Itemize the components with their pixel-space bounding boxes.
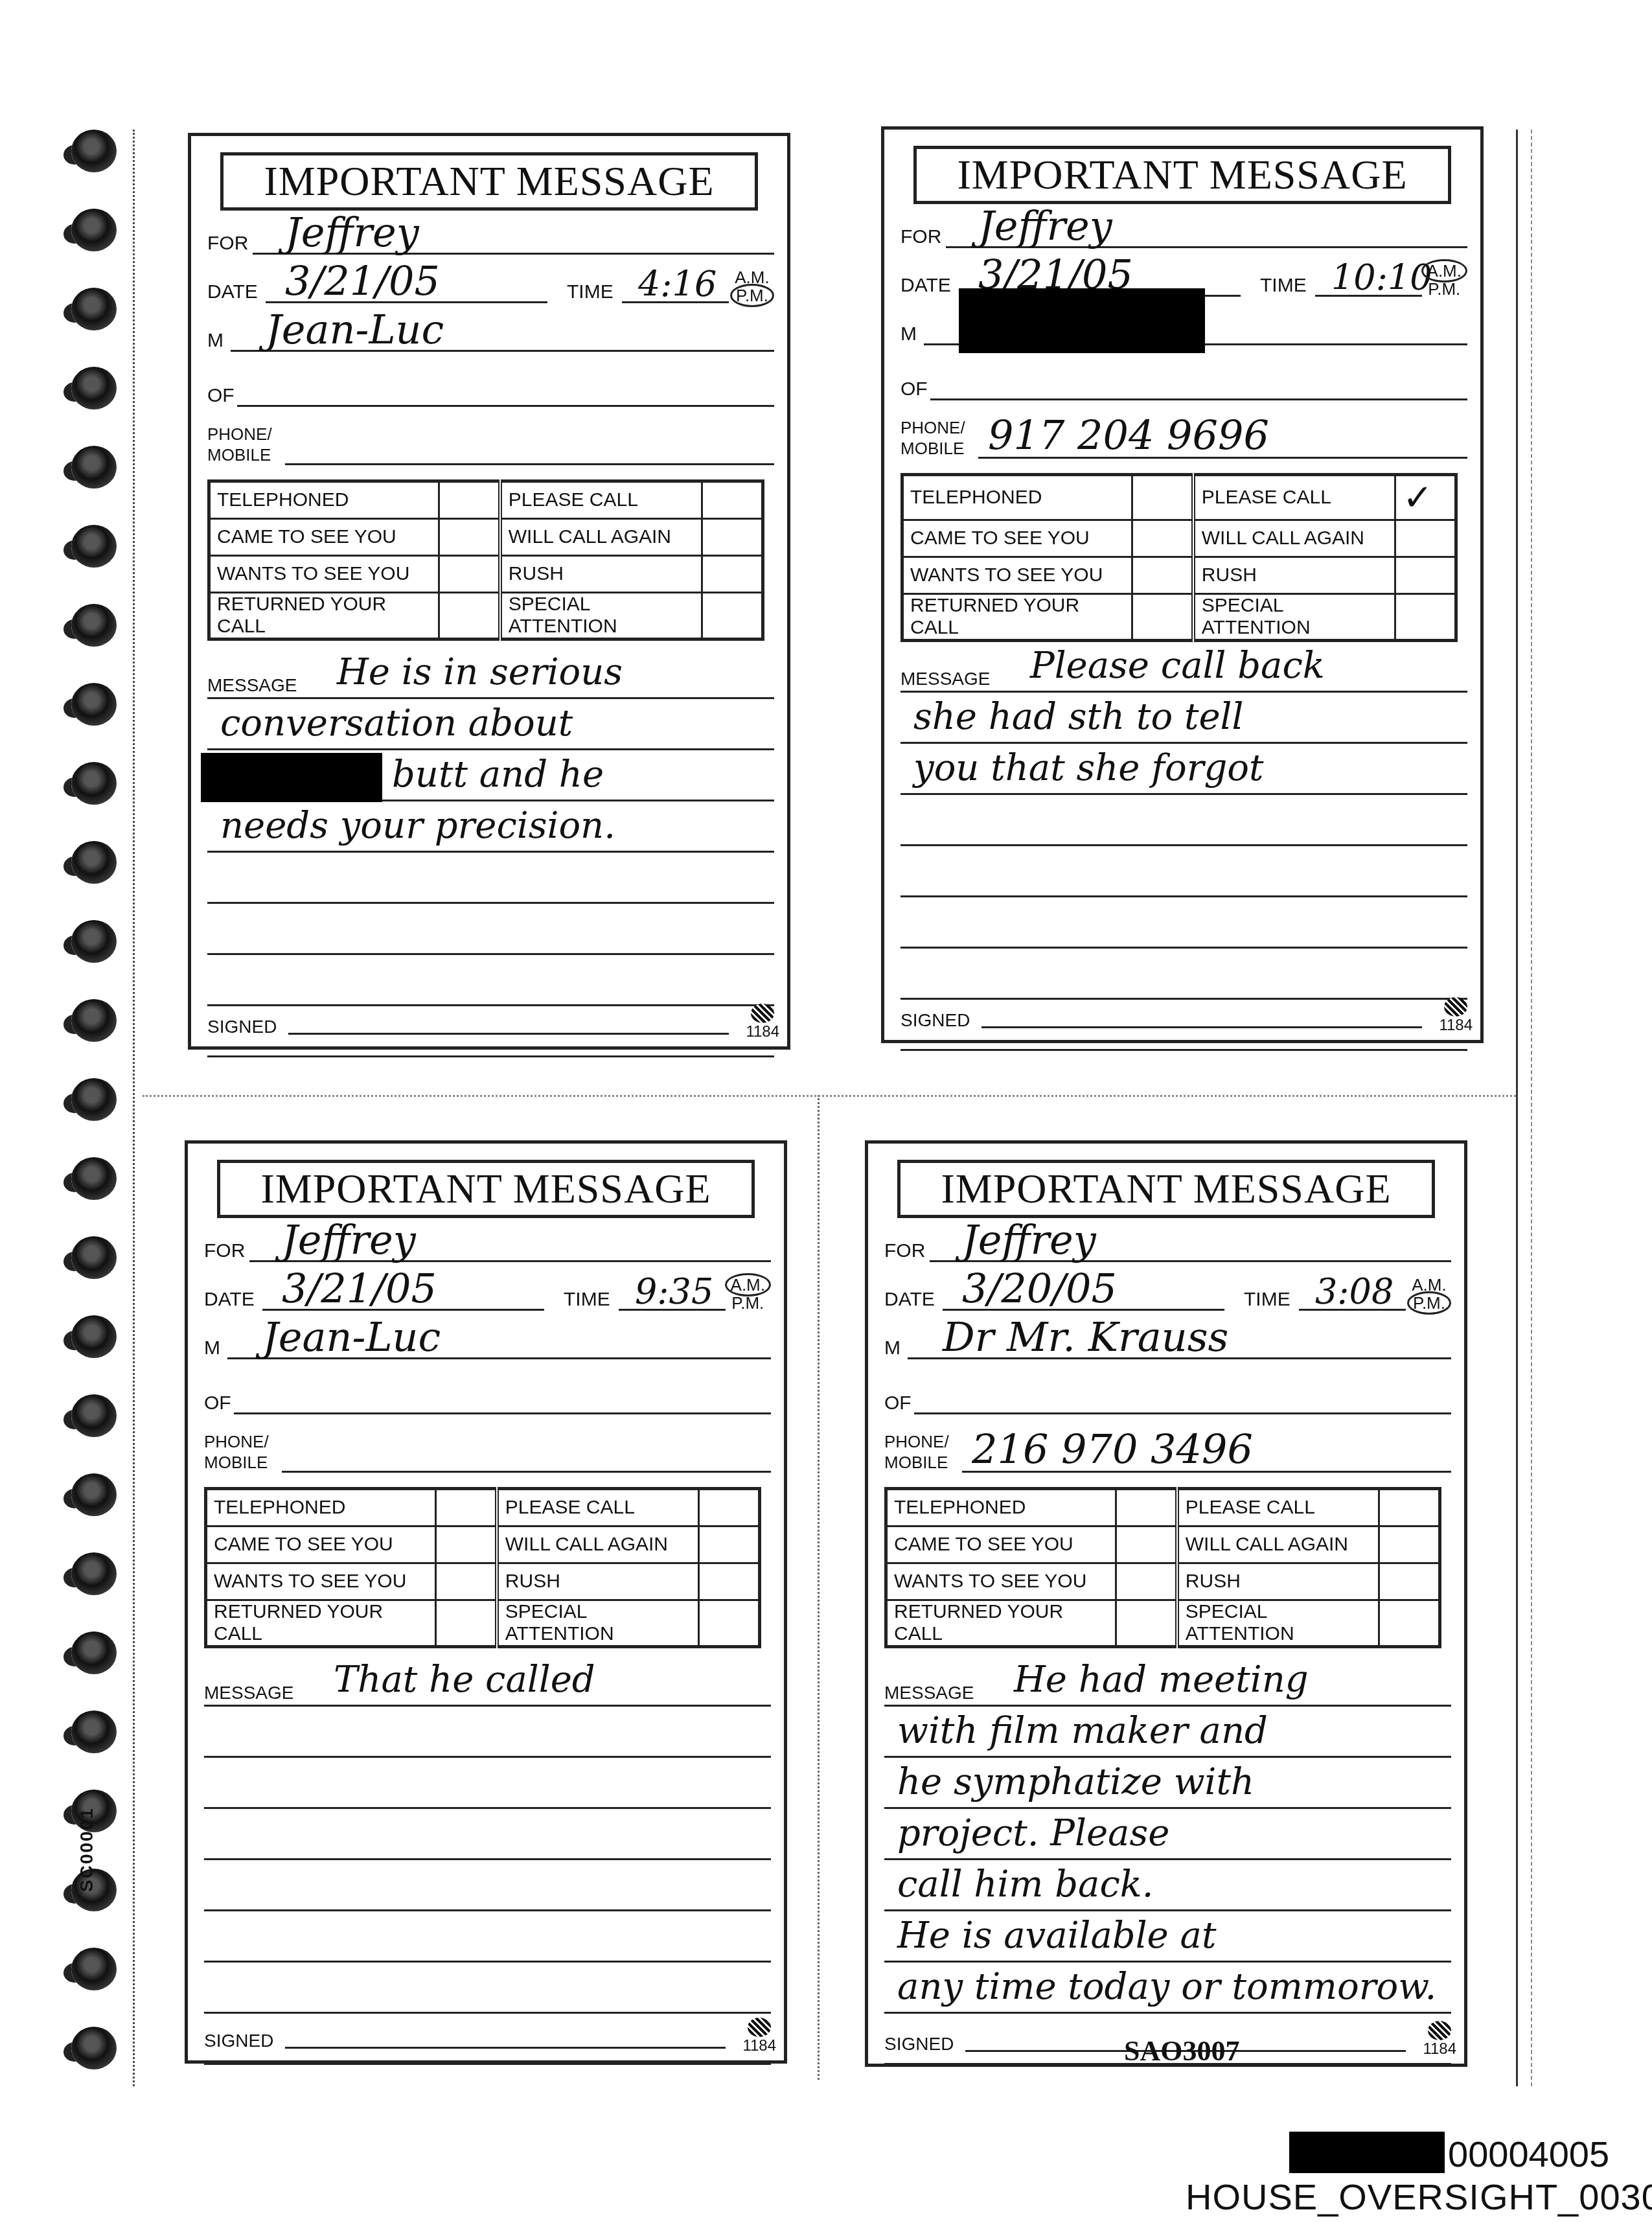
from-field: M [901, 308, 1467, 347]
checkbox-grid: TELEPHONEDPLEASE CALLCAME TO SEE YOUWILL… [884, 1487, 1441, 1648]
redaction-bar [201, 753, 382, 802]
spiral-ring-icon [71, 1078, 117, 1121]
message-area: MESSAGEHe is in seriousconversation abou… [207, 648, 774, 1057]
spiral-ring-icon [71, 604, 117, 647]
checkbox-label: RUSH [497, 1563, 699, 1600]
printer-logo-icon [751, 1004, 774, 1023]
pm-label: P.M. [725, 1294, 771, 1312]
document-stamp: SAO3007 [1124, 2034, 1239, 2068]
checkbox[interactable] [1395, 594, 1456, 641]
checkbox-label: CAME TO SEE YOU [902, 520, 1132, 557]
message-line: she had sth to tell [901, 693, 1467, 744]
message-label: MESSAGE [204, 1683, 293, 1703]
checkbox-label: WILL CALL AGAIN [1177, 1526, 1379, 1563]
message-label: MESSAGE [901, 669, 990, 689]
checkbox[interactable] [1379, 1600, 1440, 1647]
checkbox[interactable] [1116, 1563, 1177, 1600]
from-value: Dr Mr. Krauss [943, 1313, 1228, 1361]
checkbox-label: RETURNED YOUR CALL [206, 1600, 436, 1647]
message-line [901, 1000, 1467, 1051]
message-line: needs your precision. [207, 801, 774, 853]
message-line: MESSAGEHe had meeting [884, 1655, 1451, 1707]
spiral-ring-icon [71, 683, 117, 726]
checkbox-label: RUSH [500, 556, 702, 593]
for-value: Jeffrey [282, 1216, 416, 1263]
for-value: Jeffrey [978, 202, 1112, 249]
perforation-line [133, 130, 137, 2086]
checkbox[interactable] [435, 1600, 497, 1647]
message-line: he symphatize with [884, 1758, 1451, 1809]
message-text: with film maker and [897, 1710, 1268, 1752]
message-label: MESSAGE [884, 1683, 974, 1703]
checkbox-grid: TELEPHONEDPLEASE CALLCAME TO SEE YOUWILL… [207, 479, 764, 641]
message-line [204, 1860, 771, 1911]
checkbox[interactable] [1132, 520, 1193, 557]
message-line: He is available at [884, 1911, 1451, 1963]
spiral-ring-icon [71, 288, 117, 330]
phone-value: 917 204 9696 [988, 411, 1269, 459]
checkbox-label: RETURNED YOUR CALL [886, 1600, 1116, 1647]
checkbox-label: RETURNED YOUR CALL [902, 594, 1132, 641]
spiral-ring-icon [71, 1631, 117, 1674]
checkbox-label: SPECIAL ATTENTION [500, 593, 702, 639]
message-line: you that she forgot [901, 744, 1467, 795]
am-pm: A.M. P.M. [1407, 1276, 1451, 1312]
message-text: any time today or tommorow. [897, 1966, 1436, 2008]
message-line [207, 955, 774, 1006]
spiral-binding [45, 130, 143, 2086]
message-text: That he called [334, 1659, 595, 1701]
message-line: any time today or tommorow. [884, 1963, 1451, 2014]
message-line [204, 1707, 771, 1758]
message-line [204, 1963, 771, 2014]
from-value: Jean-Luc [262, 1313, 441, 1361]
checkbox-label: TELEPHONED [902, 475, 1132, 520]
spiral-ring-icon [71, 1157, 117, 1200]
date-value: 3/20/05 [962, 1265, 1117, 1312]
am-label: A.M. [1421, 262, 1467, 280]
signature-line [288, 1033, 729, 1035]
spiral-ring-icon [71, 999, 117, 1042]
message-line: project. Please [884, 1809, 1451, 1860]
message-text: you that she forgot [913, 747, 1264, 789]
message-line [204, 2014, 771, 2065]
am-pm: A.M. P.M. [1421, 262, 1467, 298]
time-value: 4:16 [638, 264, 717, 305]
checkbox[interactable] [699, 1489, 760, 1526]
perforation-horizontal [143, 1095, 1516, 1097]
checkbox[interactable] [1379, 1489, 1440, 1526]
checkbox[interactable] [1395, 557, 1456, 594]
message-line [207, 904, 774, 955]
page-edge [1516, 130, 1532, 2086]
for-field: FOR Jeffrey [901, 211, 1467, 249]
spiral-ring-icon [71, 1552, 117, 1595]
redaction-bar [1289, 2132, 1445, 2173]
checkbox[interactable]: ✓ [1395, 475, 1456, 520]
checkbox-label: CAME TO SEE YOU [206, 1526, 436, 1563]
am-label: A.M. [725, 1276, 771, 1294]
checkbox[interactable] [435, 1563, 497, 1600]
checkbox-label: WILL CALL AGAIN [497, 1526, 699, 1563]
pm-label: P.M. [1421, 280, 1467, 298]
checkbox[interactable] [699, 1600, 760, 1647]
checkbox[interactable] [1395, 520, 1456, 557]
checkbox[interactable] [702, 519, 763, 556]
spiral-ring-icon [71, 762, 117, 805]
time-value: 3:08 [1315, 1271, 1394, 1312]
checkbox-label: WANTS TO SEE YOU [886, 1563, 1116, 1600]
message-line [204, 1809, 771, 1860]
binding-code: SC00001 [76, 1807, 97, 1892]
spiral-ring-icon [71, 130, 117, 172]
am-pm: A.M. P.M. [730, 268, 774, 305]
message-text: he symphatize with [897, 1761, 1254, 1803]
of-field: OF [884, 1377, 1451, 1416]
message-area: MESSAGEHe had meetingwith film maker and… [884, 1655, 1451, 2065]
checkbox[interactable] [435, 1526, 497, 1563]
checkbox-label: WANTS TO SEE YOU [206, 1563, 436, 1600]
message-line [901, 846, 1467, 897]
checkbox-label: RUSH [1193, 557, 1395, 594]
message-line [204, 1758, 771, 1809]
checkbox-label: SPECIAL ATTENTION [1193, 594, 1395, 641]
spiral-ring-icon [71, 1473, 117, 1516]
checkbox[interactable] [702, 481, 763, 519]
checkbox[interactable] [1132, 557, 1193, 594]
printer-logo-icon [1428, 2021, 1451, 2040]
checkbox-label: TELEPHONED [206, 1489, 436, 1526]
message-line [204, 1911, 771, 1963]
message-slip-top-right: IMPORTANT MESSAGE FOR Jeffrey DATE 3/21/… [881, 126, 1484, 1043]
from-value: Jean-Luc [266, 306, 444, 353]
message-line [901, 949, 1467, 1000]
spiral-ring-icon [71, 525, 117, 568]
spiral-ring-icon [71, 209, 117, 251]
checkbox[interactable] [439, 593, 500, 639]
message-slip-top-left: IMPORTANT MESSAGE FOR Jeffrey DATE 3/21/… [188, 133, 790, 1050]
phone-field: PHONE/ MOBILE 917 204 9696 [901, 402, 1467, 460]
bates-id: HOUSE_OVERSIGHT_003079 [1186, 2176, 1652, 2218]
checkbox-label: SPECIAL ATTENTION [1177, 1600, 1379, 1647]
spiral-ring-icon [71, 920, 117, 963]
form-number: 1184 [1423, 2021, 1456, 2057]
checkbox[interactable] [1132, 594, 1193, 641]
spiral-ring-icon [71, 1394, 117, 1437]
for-field: FOR Jeffrey [204, 1225, 771, 1263]
message-line: MESSAGEHe is in serious [207, 648, 774, 699]
from-field: M Jean-Luc [204, 1322, 771, 1361]
message-line: with film maker and [884, 1707, 1451, 1758]
spiral-ring-icon [71, 1948, 117, 1990]
message-line: conversation about [207, 699, 774, 750]
bates-number: 00004005 [1448, 2133, 1609, 2175]
checkbox[interactable] [1116, 1600, 1177, 1647]
signed-label: SIGNED [884, 2034, 954, 2055]
checkbox[interactable] [1379, 1526, 1440, 1563]
checkbox-label: WILL CALL AGAIN [1193, 520, 1395, 557]
checkbox-label: CAME TO SEE YOU [209, 519, 439, 556]
phone-field: PHONE/ MOBILE [204, 1416, 771, 1474]
slip-title: IMPORTANT MESSAGE [913, 146, 1451, 204]
spiral-ring-icon [71, 2027, 117, 2069]
date-value: 3/21/05 [282, 1265, 437, 1312]
checkbox[interactable] [702, 556, 763, 593]
message-text: project. Please [897, 1812, 1169, 1854]
perforation-vertical [818, 1095, 820, 2080]
message-text: He is in serious [337, 651, 623, 693]
signature-line [285, 2047, 726, 2049]
checkbox-label: WILL CALL AGAIN [500, 519, 702, 556]
form-number: 1184 [746, 1004, 779, 1040]
message-text: He is available at [897, 1915, 1216, 1957]
spiral-ring-icon [71, 367, 117, 409]
spiral-ring-icon [71, 841, 117, 884]
phone-field: PHONE/ MOBILE 216 970 3496 [884, 1416, 1451, 1474]
checkbox-label: WANTS TO SEE YOU [902, 557, 1132, 594]
form-number: 1184 [742, 2018, 776, 2054]
date-time-field: DATE 3/21/05 TIME 9:35 A.M. P.M. [204, 1273, 771, 1312]
checkbox-label: PLEASE CALL [1177, 1489, 1379, 1526]
message-text: she had sth to tell [913, 696, 1243, 738]
message-text: butt and he [392, 754, 604, 796]
signed-label: SIGNED [207, 1017, 277, 1037]
spiral-ring-icon [71, 1236, 117, 1279]
slip-title: IMPORTANT MESSAGE [897, 1160, 1435, 1218]
for-field: FOR Jeffrey [884, 1225, 1451, 1263]
message-line [207, 853, 774, 904]
of-field: OF [207, 369, 774, 408]
checkbox-label: RUSH [1177, 1563, 1379, 1600]
slip-title: IMPORTANT MESSAGE [217, 1160, 755, 1218]
checkbox-label: TELEPHONED [886, 1489, 1116, 1526]
signed-label: SIGNED [204, 2031, 273, 2051]
checkbox[interactable] [702, 593, 763, 639]
form-number: 1184 [1439, 997, 1473, 1033]
checkbox[interactable] [699, 1526, 760, 1563]
checkbox-label: SPECIAL ATTENTION [497, 1600, 699, 1647]
from-field: M Dr Mr. Krauss [884, 1322, 1451, 1361]
message-slip-bottom-left: IMPORTANT MESSAGE FOR Jeffrey DATE 3/21/… [185, 1140, 787, 2064]
pm-label: P.M. [1407, 1294, 1451, 1312]
of-field: OF [204, 1377, 771, 1416]
checkbox[interactable] [1116, 1526, 1177, 1563]
phone-field: PHONE/ MOBILE [207, 408, 774, 466]
checkbox[interactable] [439, 519, 500, 556]
message-text: needs your precision. [220, 805, 615, 847]
checkbox[interactable] [439, 481, 500, 519]
checkbox[interactable] [1132, 475, 1193, 520]
date-value: 3/21/05 [285, 257, 440, 305]
message-line: butt and he [207, 750, 774, 801]
signature-line [981, 1026, 1422, 1028]
message-line: call him back. [884, 1860, 1451, 1911]
message-text: He had meeting [1014, 1659, 1309, 1701]
checkbox-grid: TELEPHONEDPLEASE CALLCAME TO SEE YOUWILL… [204, 1487, 761, 1648]
checkbox-label: PLEASE CALL [500, 481, 702, 519]
date-time-field: DATE 3/21/05 TIME 4:16 A.M. P.M. [207, 266, 774, 305]
checkbox-label: PLEASE CALL [497, 1489, 699, 1526]
printer-logo-icon [748, 2018, 771, 2037]
message-line [207, 1006, 774, 1057]
message-line [901, 897, 1467, 949]
checkbox-label: TELEPHONED [209, 481, 439, 519]
time-value: 9:35 [635, 1271, 713, 1312]
redaction-bar [959, 288, 1205, 353]
checkbox-label: RETURNED YOUR CALL [209, 593, 439, 639]
message-text: call him back. [897, 1863, 1154, 1906]
message-line: MESSAGEThat he called [204, 1655, 771, 1707]
am-pm: A.M. P.M. [725, 1276, 771, 1312]
checkbox-label: WANTS TO SEE YOU [209, 556, 439, 593]
checkbox[interactable] [439, 556, 500, 593]
checkbox[interactable] [435, 1489, 497, 1526]
checkbox[interactable] [699, 1563, 760, 1600]
message-line: MESSAGEPlease call back [901, 641, 1467, 693]
message-text: conversation about [220, 702, 573, 744]
spiral-ring-icon [71, 1315, 117, 1358]
time-value: 10:10 [1331, 257, 1432, 298]
message-area: MESSAGEThat he called [204, 1655, 771, 2065]
message-area: MESSAGEPlease call backshe had sth to te… [901, 641, 1467, 1051]
phone-value: 216 970 3496 [972, 1425, 1253, 1473]
signed-label: SIGNED [901, 1010, 970, 1031]
spiral-ring-icon [71, 1710, 117, 1753]
printer-logo-icon [1444, 997, 1467, 1017]
message-label: MESSAGE [207, 675, 297, 696]
checkbox-label: PLEASE CALL [1193, 475, 1395, 520]
from-field: M Jean-Luc [207, 314, 774, 353]
of-field: OF [901, 363, 1467, 402]
for-value: Jeffrey [285, 209, 419, 256]
date-time-field: DATE 3/20/05 TIME 3:08 A.M. P.M. [884, 1273, 1451, 1312]
spiral-ring-icon [71, 446, 117, 489]
for-field: FOR Jeffrey [207, 217, 774, 256]
checkbox[interactable] [1379, 1563, 1440, 1600]
slip-title: IMPORTANT MESSAGE [220, 152, 758, 211]
checkbox-grid: TELEPHONEDPLEASE CALL✓CAME TO SEE YOUWIL… [901, 473, 1458, 642]
message-slip-bottom-right: IMPORTANT MESSAGE FOR Jeffrey DATE 3/20/… [865, 1140, 1467, 2067]
pm-label: P.M. [730, 286, 774, 305]
message-text: Please call back [1030, 645, 1325, 687]
for-value: Jeffrey [962, 1216, 1096, 1263]
checkbox[interactable] [1116, 1489, 1177, 1526]
checkbox-label: CAME TO SEE YOU [886, 1526, 1116, 1563]
message-line [901, 795, 1467, 846]
